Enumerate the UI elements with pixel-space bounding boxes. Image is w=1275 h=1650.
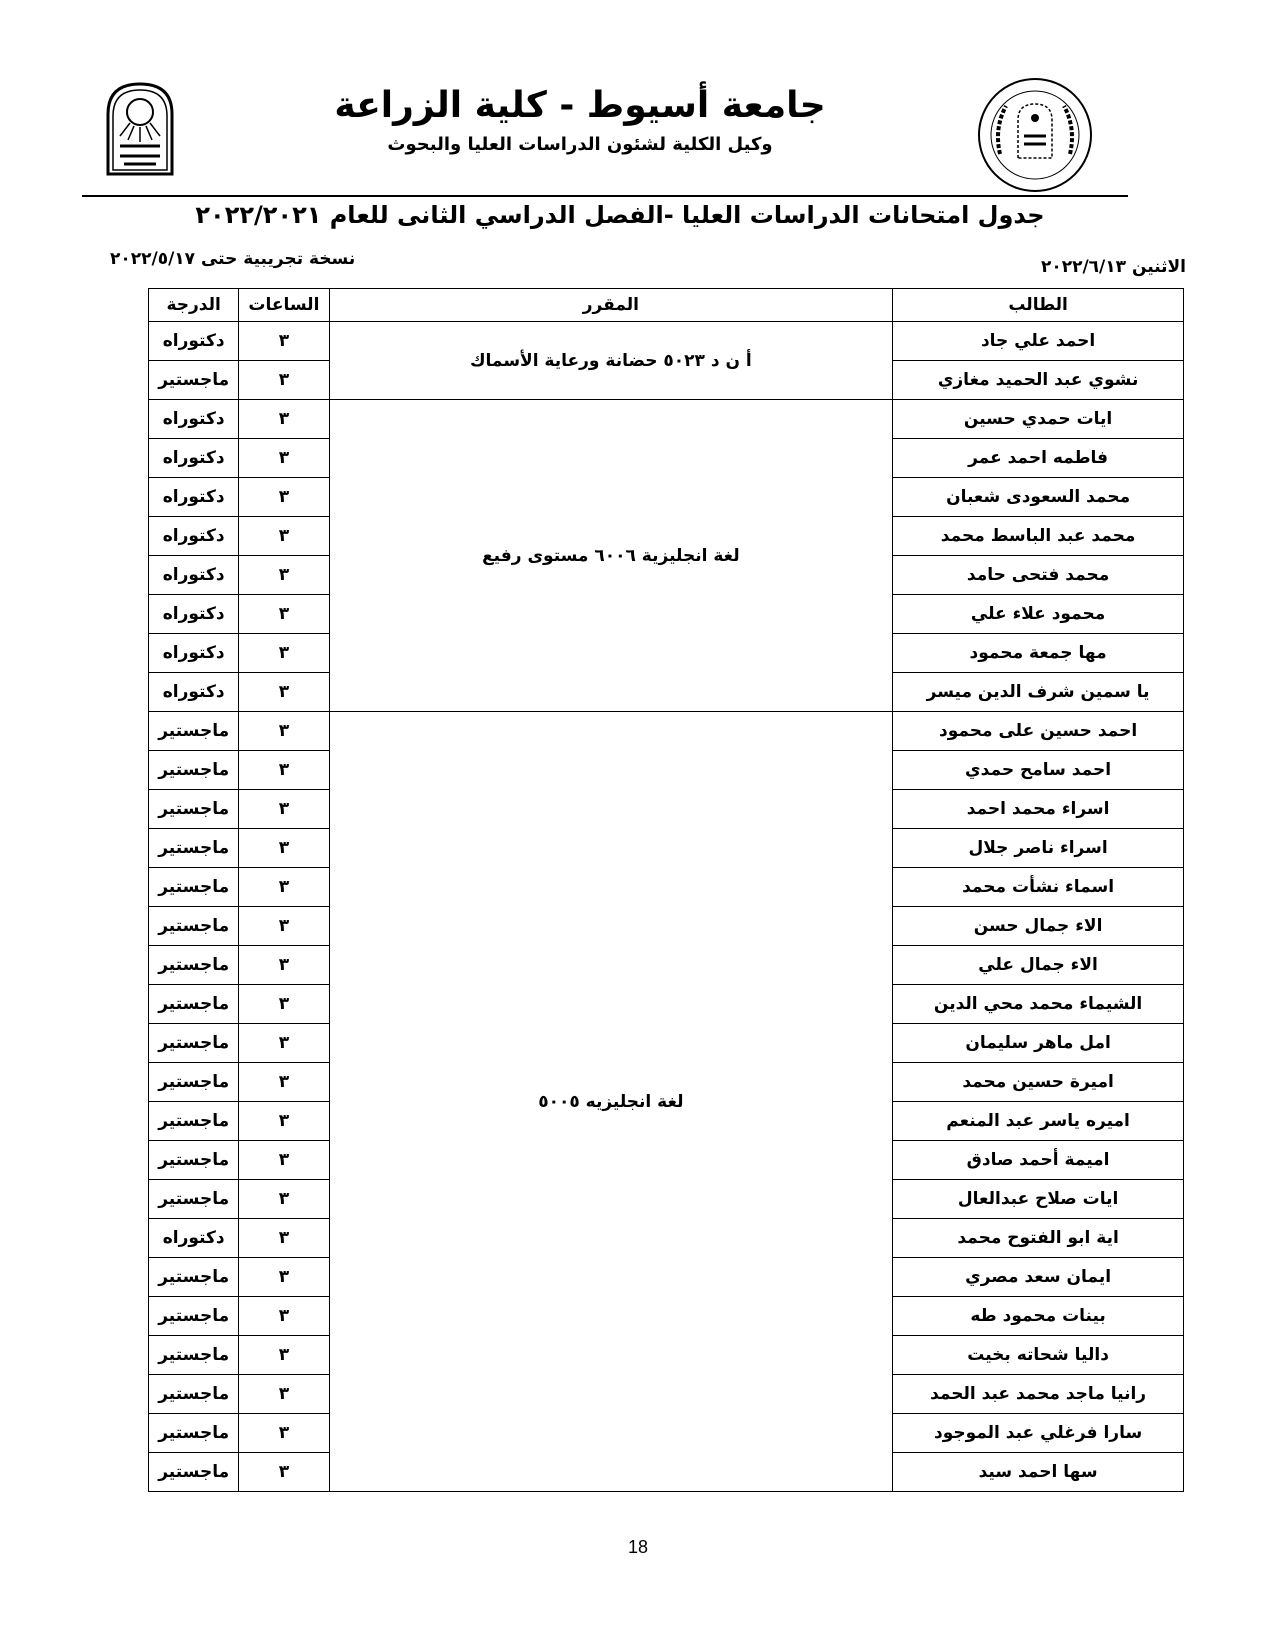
- grade-cell: ماجستير: [149, 1336, 239, 1375]
- hours-cell: ٣: [239, 985, 329, 1024]
- hours-cell: ٣: [239, 790, 329, 829]
- hours-cell: ٣: [239, 907, 329, 946]
- grade-cell: دكتوراه: [149, 322, 239, 361]
- grade-cell: دكتوراه: [149, 634, 239, 673]
- grade-cell: ماجستير: [149, 868, 239, 907]
- grade-cell: ماجستير: [149, 1141, 239, 1180]
- student-name-cell: مها جمعة محمود: [893, 634, 1184, 673]
- student-name-cell: احمد حسين على محمود: [893, 712, 1184, 751]
- header-student: الطالب: [893, 289, 1184, 322]
- grade-cell: ماجستير: [149, 1258, 239, 1297]
- course-cell: لغة انجليزية ٦٠٠٦ مستوى رفيع: [329, 400, 893, 712]
- grade-cell: ماجستير: [149, 1375, 239, 1414]
- student-name-cell: سارا فرغلي عبد الموجود: [893, 1414, 1184, 1453]
- student-name-cell: محمد فتحى حامد: [893, 556, 1184, 595]
- hours-cell: ٣: [239, 673, 329, 712]
- course-cell: لغة انجليزيه ٥٠٠٥: [329, 712, 893, 1492]
- grade-cell: دكتوراه: [149, 478, 239, 517]
- table-header-row: الطالب المقرر الساعات الدرجة: [149, 289, 1184, 322]
- grade-cell: ماجستير: [149, 1414, 239, 1453]
- grade-cell: ماجستير: [149, 1297, 239, 1336]
- grade-cell: دكتوراه: [149, 400, 239, 439]
- hours-cell: ٣: [239, 712, 329, 751]
- grade-cell: ماجستير: [149, 1024, 239, 1063]
- faculty-of-agriculture-seal-icon: [976, 76, 1094, 194]
- hours-cell: ٣: [239, 1102, 329, 1141]
- student-name-cell: اميرة حسين محمد: [893, 1063, 1184, 1102]
- student-name-cell: اميره ياسر عبد المنعم: [893, 1102, 1184, 1141]
- header-divider: [82, 195, 1128, 197]
- grade-cell: دكتوراه: [149, 439, 239, 478]
- student-name-cell: امل ماهر سليمان: [893, 1024, 1184, 1063]
- grade-cell: دكتوراه: [149, 673, 239, 712]
- student-name-cell: ايات صلاح عبدالعال: [893, 1180, 1184, 1219]
- hours-cell: ٣: [239, 946, 329, 985]
- student-name-cell: اسماء نشأت محمد: [893, 868, 1184, 907]
- student-name-cell: احمد علي جاد: [893, 322, 1184, 361]
- student-name-cell: الاء جمال حسن: [893, 907, 1184, 946]
- hours-cell: ٣: [239, 751, 329, 790]
- grade-cell: دكتوراه: [149, 556, 239, 595]
- grade-cell: ماجستير: [149, 361, 239, 400]
- hours-cell: ٣: [239, 1297, 329, 1336]
- course-cell: أ ن د ٥٠٢٣ حضانة ورعاية الأسماك: [329, 322, 893, 400]
- document-title: جدول امتحانات الدراسات العليا -الفصل الد…: [150, 198, 1090, 232]
- hours-cell: ٣: [239, 322, 329, 361]
- hours-cell: ٣: [239, 439, 329, 478]
- grade-cell: ماجستير: [149, 1102, 239, 1141]
- hours-cell: ٣: [239, 1258, 329, 1297]
- hours-cell: ٣: [239, 556, 329, 595]
- hours-cell: ٣: [239, 1219, 329, 1258]
- student-name-cell: رانيا ماجد محمد عبد الحمد: [893, 1375, 1184, 1414]
- grade-cell: دكتوراه: [149, 1219, 239, 1258]
- grade-cell: دكتوراه: [149, 595, 239, 634]
- header-hours: الساعات: [239, 289, 329, 322]
- student-name-cell: اسراء ناصر جلال: [893, 829, 1184, 868]
- hours-cell: ٣: [239, 517, 329, 556]
- student-name-cell: اميمة أحمد صادق: [893, 1141, 1184, 1180]
- header-course: المقرر: [329, 289, 893, 322]
- page-number: 18: [600, 1536, 676, 1558]
- hours-cell: ٣: [239, 1180, 329, 1219]
- grade-cell: ماجستير: [149, 946, 239, 985]
- hours-cell: ٣: [239, 1414, 329, 1453]
- hours-cell: ٣: [239, 400, 329, 439]
- grade-cell: ماجستير: [149, 712, 239, 751]
- student-name-cell: داليا شحاته بخيت: [893, 1336, 1184, 1375]
- hours-cell: ٣: [239, 1024, 329, 1063]
- hours-cell: ٣: [239, 1336, 329, 1375]
- student-name-cell: الاء جمال علي: [893, 946, 1184, 985]
- student-name-cell: احمد سامح حمدي: [893, 751, 1184, 790]
- grade-cell: ماجستير: [149, 829, 239, 868]
- grade-cell: ماجستير: [149, 751, 239, 790]
- student-name-cell: محمد عبد الباسط محمد: [893, 517, 1184, 556]
- hours-cell: ٣: [239, 595, 329, 634]
- table-body: احمد علي جادأ ن د ٥٠٢٣ حضانة ورعاية الأس…: [149, 322, 1184, 1492]
- hours-cell: ٣: [239, 634, 329, 673]
- hours-cell: ٣: [239, 868, 329, 907]
- exam-date: الاثنين ٢٠٢٢/٦/١٣: [960, 256, 1186, 278]
- hours-cell: ٣: [239, 1063, 329, 1102]
- grade-cell: ماجستير: [149, 907, 239, 946]
- table-row: ايات حمدي حسينلغة انجليزية ٦٠٠٦ مستوى رف…: [149, 400, 1184, 439]
- student-name-cell: ايات حمدي حسين: [893, 400, 1184, 439]
- table-row: احمد علي جادأ ن د ٥٠٢٣ حضانة ورعاية الأس…: [149, 322, 1184, 361]
- grade-cell: ماجستير: [149, 1453, 239, 1492]
- student-name-cell: محمد السعودى شعبان: [893, 478, 1184, 517]
- hours-cell: ٣: [239, 1453, 329, 1492]
- student-name-cell: اية ابو الفتوح محمد: [893, 1219, 1184, 1258]
- assiut-university-logo-icon: [104, 80, 176, 176]
- student-name-cell: يا سمين شرف الدين ميسر: [893, 673, 1184, 712]
- grade-cell: ماجستير: [149, 985, 239, 1024]
- university-title: جامعة أسيوط - كلية الزراعة: [300, 84, 860, 128]
- student-name-cell: بينات محمود طه: [893, 1297, 1184, 1336]
- student-name-cell: ايمان سعد مصري: [893, 1258, 1184, 1297]
- grade-cell: ماجستير: [149, 1063, 239, 1102]
- student-name-cell: نشوي عبد الحميد مغازي: [893, 361, 1184, 400]
- hours-cell: ٣: [239, 478, 329, 517]
- grade-cell: دكتوراه: [149, 517, 239, 556]
- office-subtitle: وكيل الكلية لشئون الدراسات العليا والبحو…: [300, 133, 860, 157]
- grade-cell: ماجستير: [149, 1180, 239, 1219]
- exam-schedule-table: الطالب المقرر الساعات الدرجة احمد علي جا…: [148, 288, 1184, 1492]
- trial-version-note: نسخة تجريبية حتى ٢٠٢٢/٥/١٧: [110, 248, 440, 270]
- student-name-cell: اسراء محمد احمد: [893, 790, 1184, 829]
- hours-cell: ٣: [239, 829, 329, 868]
- hours-cell: ٣: [239, 361, 329, 400]
- student-name-cell: فاطمه احمد عمر: [893, 439, 1184, 478]
- student-name-cell: محمود علاء علي: [893, 595, 1184, 634]
- table-row: احمد حسين على محمودلغة انجليزيه ٥٠٠٥٣ماج…: [149, 712, 1184, 751]
- student-name-cell: سها احمد سيد: [893, 1453, 1184, 1492]
- hours-cell: ٣: [239, 1375, 329, 1414]
- hours-cell: ٣: [239, 1141, 329, 1180]
- student-name-cell: الشيماء محمد محي الدين: [893, 985, 1184, 1024]
- header-grade: الدرجة: [149, 289, 239, 322]
- grade-cell: ماجستير: [149, 790, 239, 829]
